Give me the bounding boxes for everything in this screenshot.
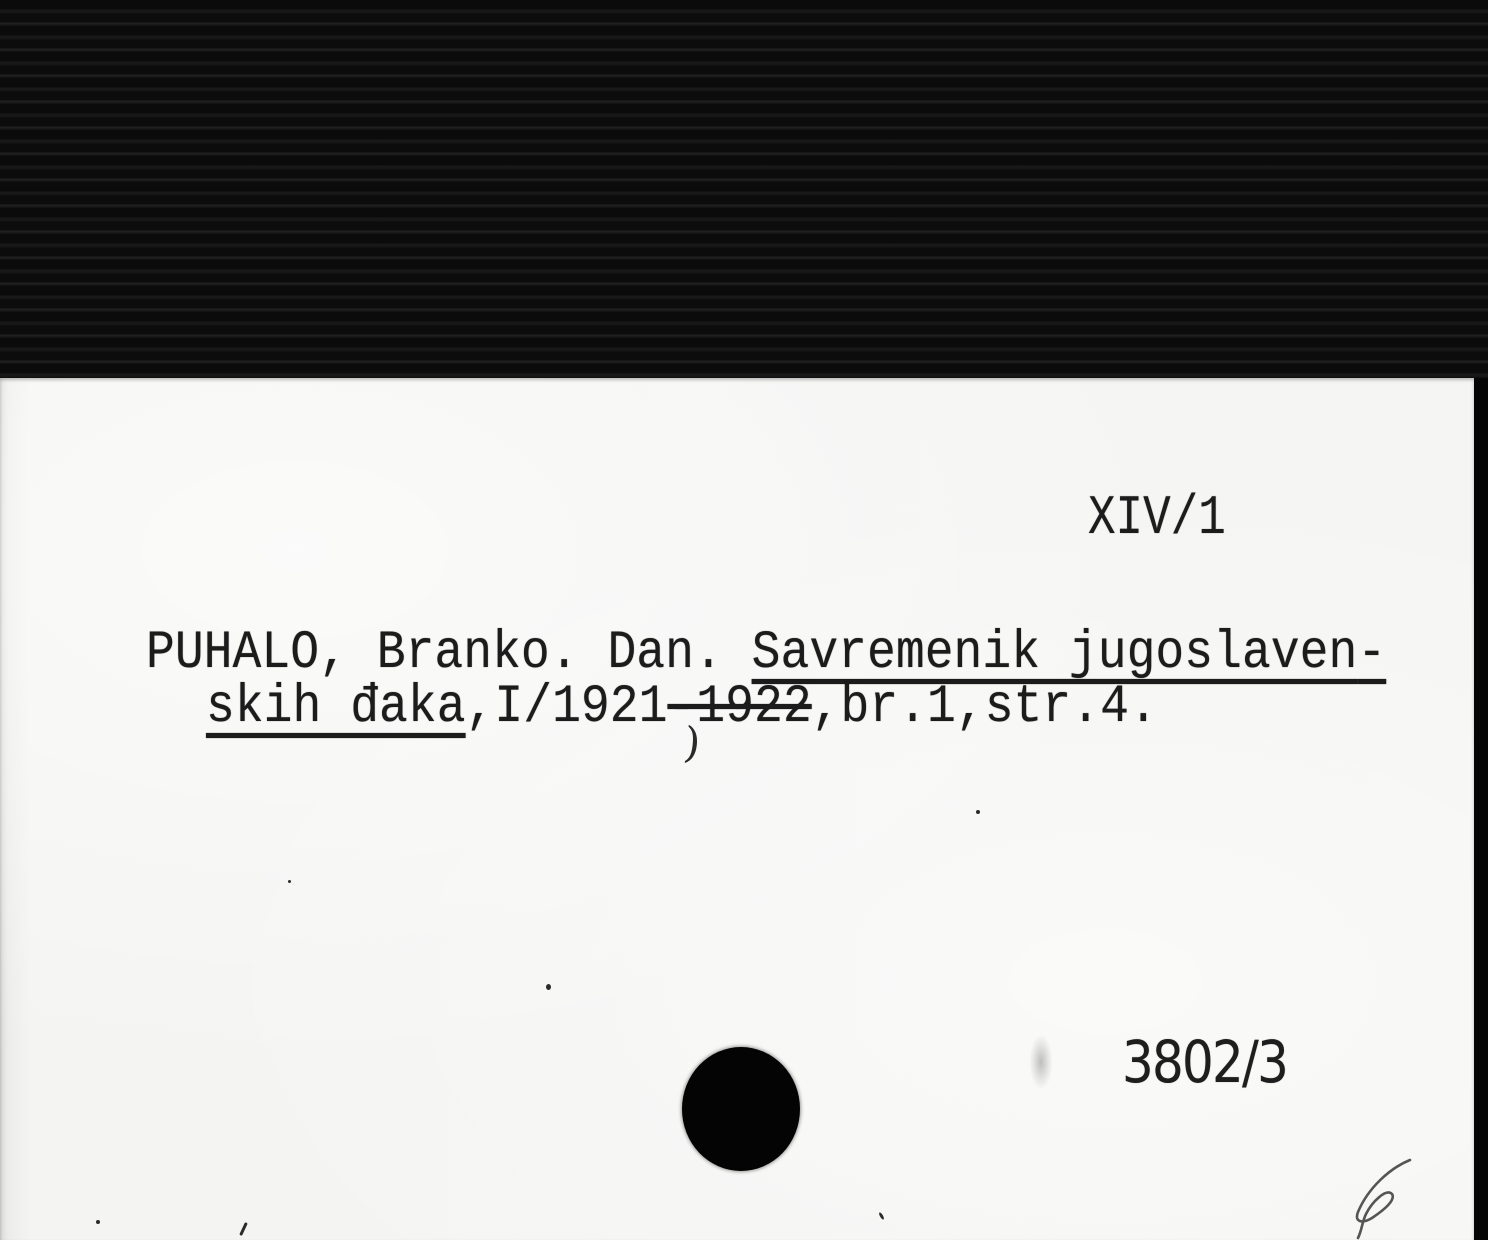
- entry-author: PUHALO, Branko. Dan.: [146, 623, 752, 684]
- punch-hole: [682, 1047, 800, 1171]
- accession-number: 3802/3: [1122, 1030, 1287, 1094]
- paper-speck: [976, 810, 980, 814]
- entry-line-2: skih đaka,I/1921-1922,br.1,str.4.: [206, 680, 1158, 736]
- scanner-edge-strip: [1474, 378, 1488, 1240]
- entry-issue-pages: ,br.1,str.4.: [812, 677, 1158, 738]
- stamp-smudge: [1030, 1036, 1052, 1088]
- entry-line-1: PUHALO, Branko. Dan. Savremenik jugoslav…: [146, 626, 1386, 682]
- entry-title-part-1: Savremenik jugoslaven: [752, 623, 1358, 684]
- paper-speck: [96, 1220, 100, 1224]
- paper-speck: [546, 984, 551, 990]
- scan-background: XIV/1 PUHALO, Branko. Dan. Savremenik ju…: [0, 0, 1488, 1240]
- entry-volume-year: ,I/1921: [466, 677, 668, 738]
- entry-title-part-2: skih đaka: [206, 677, 466, 738]
- handwritten-six-mark: [1340, 1150, 1430, 1240]
- entry-title-hyphen: -: [1357, 623, 1386, 684]
- paper-speck: [288, 880, 291, 883]
- call-number: XIV/1: [1088, 488, 1226, 548]
